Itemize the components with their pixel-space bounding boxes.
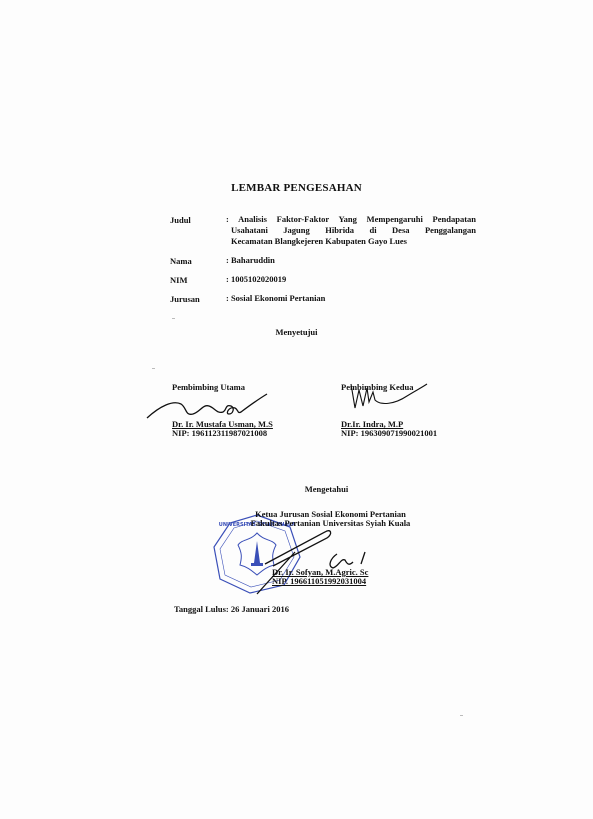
- signature-2-icon: [345, 380, 430, 415]
- scan-speck: [152, 368, 155, 369]
- document-page: LEMBAR PENGESAHAN Judul : Analisis Fakto…: [0, 0, 593, 819]
- field-label-jurusan: Jurusan: [170, 294, 200, 304]
- field-value-nim: : 1005102020019: [226, 274, 286, 285]
- scan-speck: [460, 715, 463, 716]
- judul-line-1: : Analisis Faktor-Faktor Yang Mempengaru…: [226, 214, 476, 225]
- head-nip: NIP. 196611051992031004: [272, 576, 366, 586]
- approval-heading: Menyetujui: [0, 327, 593, 337]
- supervisor-2-nip: NIP: 196309071990021001: [341, 428, 437, 438]
- field-value-jurusan: : Sosial Ekonomi Pertanian: [226, 293, 325, 304]
- supervisor-1-role: Pembimbing Utama: [172, 382, 245, 392]
- field-value-nama: : Baharuddin: [226, 255, 275, 266]
- field-label-judul: Judul: [170, 215, 191, 225]
- scan-speck: [172, 318, 175, 319]
- field-label-nim: NIM: [170, 275, 187, 285]
- supervisor-1-nip: NIP: 196112311987021008: [172, 428, 267, 438]
- page-title: LEMBAR PENGESAHAN: [0, 182, 593, 194]
- judul-line-2: Usahatani Jagung Hibrida di Desa Penggal…: [226, 225, 476, 236]
- acknowledge-heading: Mengetahui: [30, 484, 593, 494]
- signature-1-icon: [145, 392, 275, 422]
- field-label-nama: Nama: [170, 256, 192, 266]
- field-value-judul: : Analisis Faktor-Faktor Yang Mempengaru…: [226, 214, 476, 247]
- judul-line-3: Kecamatan Blangkejeren Kabupaten Gayo Lu…: [226, 236, 476, 247]
- graduation-date: Tanggal Lulus: 26 Januari 2016: [174, 604, 289, 614]
